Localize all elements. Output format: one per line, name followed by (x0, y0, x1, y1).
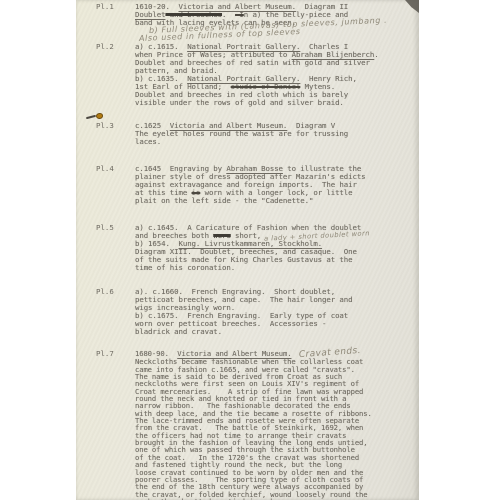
plate-label: Pl.1 (96, 3, 114, 11)
typed-line: laces. (135, 138, 417, 146)
typed-line: time of his coronation. (135, 264, 417, 272)
plate-text: a). c.1660. French Engraving. Short doub… (135, 288, 417, 336)
text-segment: visible under the rows of gold and silve… (135, 98, 344, 107)
document-page: Pl.11610-20. Victoria and Albert Museum.… (76, 0, 419, 500)
plate-text: c.1625 Victoria and Albert Museum. Diagr… (135, 122, 417, 146)
text-segment: . (374, 50, 378, 59)
text-segment: The eyelet holes round the waist are for… (135, 129, 348, 138)
typed-line: bladrick and cravat. (135, 328, 417, 336)
text-segment: bladrick and cravat. (135, 327, 222, 336)
plate-text: 1680-90. Victoria and Albert Museum.Crav… (135, 350, 417, 500)
text-segment: time of his coronation. (135, 263, 235, 272)
plate-text: 1610-20. Victoria and Albert Museum. Dia… (135, 3, 417, 43)
plate-label: Pl.2 (96, 43, 114, 51)
plate-label: Pl.5 (96, 224, 114, 232)
plate-text: c.1645 Engraving by Abraham Bosse to ill… (135, 165, 417, 205)
plate-label: Pl.4 (96, 165, 114, 173)
ink-blot-dash (86, 115, 96, 119)
ink-blot-dot (96, 113, 103, 119)
plate-text: a) c.1645. A Caricature of Fashion when … (135, 224, 417, 272)
plate-label: Pl.6 (96, 288, 114, 296)
text-segment: laces. (135, 137, 161, 146)
text-segment: plait on the left side - the "Cadenette.… (135, 196, 313, 205)
plate-label: Pl.3 (96, 122, 114, 130)
typed-line: visible under the rows of gold and silve… (135, 99, 417, 107)
scan-background: Pl.11610-20. Victoria and Albert Museum.… (0, 0, 500, 500)
typed-line: plait on the left side - the "Cadenette.… (135, 197, 417, 205)
typed-line: The eyelet holes round the waist are for… (135, 130, 417, 138)
plate-text: a) c.1615. National Portrait Gallery. Ch… (135, 43, 417, 107)
plate-label: Pl.7 (96, 350, 114, 358)
